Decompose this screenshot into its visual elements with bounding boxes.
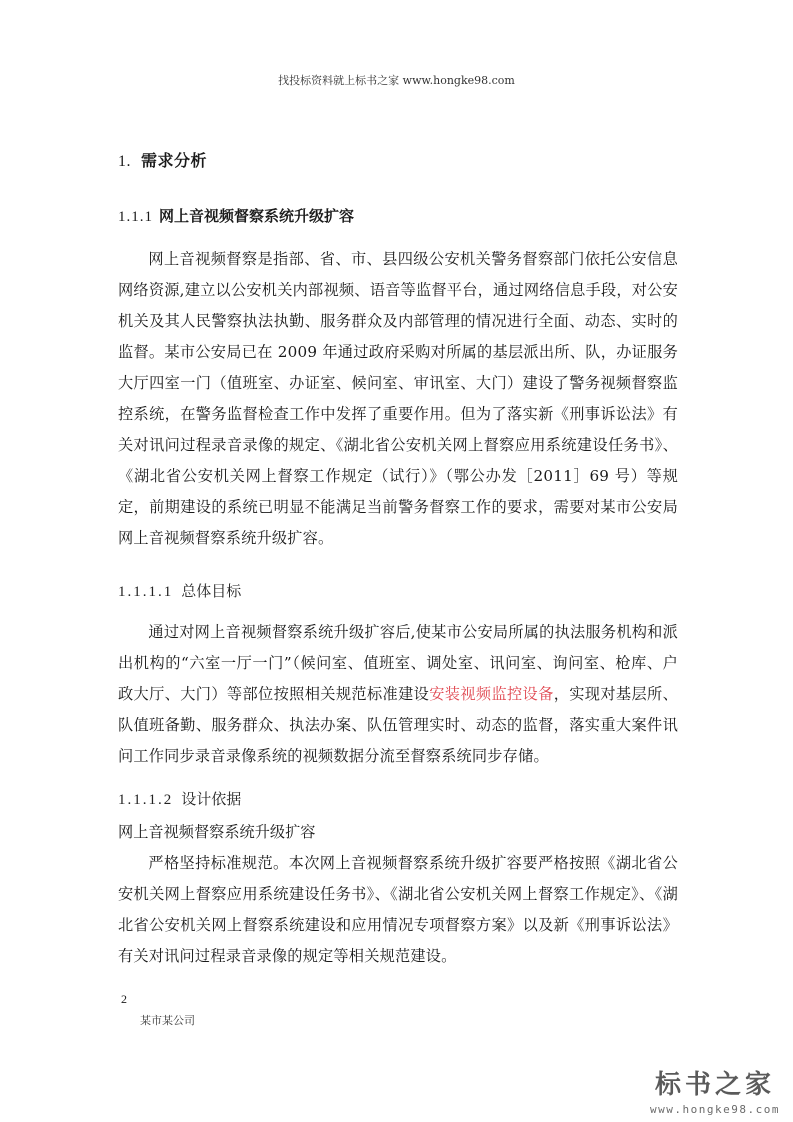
paragraph-design-basis: 严格坚持标准规范。本次网上音视频督察系统升级扩容要严格按照《湖北省公安机关网上督… — [118, 848, 678, 972]
subheading: 网上音视频督察系统升级扩容 — [118, 821, 315, 842]
section-heading-1-1-1: 1.1.1网上音视频督察系统升级扩容 — [118, 205, 354, 226]
watermark-url: www.hongke98.com — [640, 1103, 790, 1116]
paragraph-intro: 网上音视频督察是指部、省、市、县四级公安机关警务督察部门依托公安信息网络资源,建… — [118, 244, 678, 554]
paragraph-overall-goal: 通过对网上音视频督察系统升级扩容后,使某市公安局所属的执法服务机构和派出机构的“… — [118, 617, 678, 772]
section-title: 设计依据 — [181, 790, 241, 808]
section-heading-1: 1.需求分析 — [118, 148, 207, 171]
page-number: 2 — [121, 992, 127, 1007]
watermark-logo: 标书之家 www.hongke98.com — [640, 1064, 790, 1116]
watermark-title: 标书之家 — [640, 1064, 790, 1101]
section-title: 需求分析 — [141, 151, 207, 170]
section-heading-1-1-1-1: 1.1.1.1总体目标 — [118, 580, 241, 601]
section-title: 总体目标 — [181, 582, 241, 600]
highlighted-text: 安装视频监控设备 — [429, 685, 553, 703]
section-number: 1.1.1.2 — [118, 792, 173, 808]
section-number: 1. — [118, 153, 131, 170]
section-title: 网上音视频督察系统升级扩容 — [159, 207, 354, 225]
section-heading-1-1-1-2: 1.1.1.2设计依据 — [118, 788, 241, 809]
header-note: 找投标资料就上标书之家 www.hongke98.com — [0, 72, 793, 88]
section-number: 1.1.1 — [118, 209, 153, 225]
footer-company: 某市某公司 — [140, 1012, 195, 1028]
section-number: 1.1.1.1 — [118, 584, 173, 600]
